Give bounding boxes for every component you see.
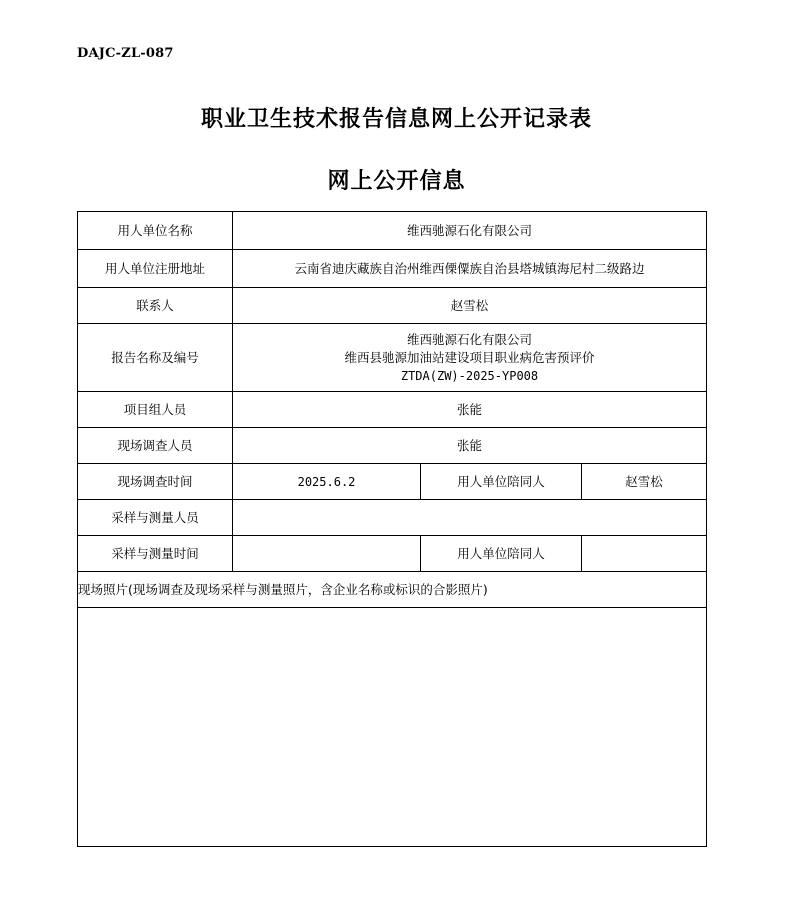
- employer-name-label: 用人单位名称: [78, 212, 233, 250]
- site-accompany-label: 用人单位陪同人: [421, 464, 582, 500]
- row-employer-name: 用人单位名称 维西驰源石化有限公司: [78, 212, 707, 250]
- report-company: 维西驰源石化有限公司: [233, 331, 706, 349]
- photos-label: 现场照片(现场调查及现场采样与测量照片，含企业名称或标识的合影照片): [78, 572, 707, 608]
- contact-value: 赵雪松: [233, 288, 707, 324]
- report-label: 报告名称及编号: [78, 324, 233, 392]
- row-site-investigation-time: 现场调查时间 2025.6.2 用人单位陪同人 赵雪松: [78, 464, 707, 500]
- employer-address-label: 用人单位注册地址: [78, 250, 233, 288]
- report-value: 维西驰源石化有限公司 维西县驰源加油站建设项目职业病危害预评价 ZTDA(ZW)…: [233, 324, 707, 392]
- row-photos-label: 现场照片(现场调查及现场采样与测量照片，含企业名称或标识的合影照片): [78, 572, 707, 608]
- employer-address-value: 云南省迪庆藏族自治州维西傈僳族自治县塔城镇海尼村二级路边: [233, 250, 707, 288]
- sampling-accompany-label: 用人单位陪同人: [421, 536, 582, 572]
- project-team-value: 张能: [233, 392, 707, 428]
- page-subtitle: 网上公开信息: [0, 164, 793, 195]
- row-sampling-time: 采样与测量时间 用人单位陪同人: [78, 536, 707, 572]
- employer-name-value: 维西驰源石化有限公司: [233, 212, 707, 250]
- row-employer-address: 用人单位注册地址 云南省迪庆藏族自治州维西傈僳族自治县塔城镇海尼村二级路边: [78, 250, 707, 288]
- site-accompany-value: 赵雪松: [582, 464, 707, 500]
- row-project-team: 项目组人员 张能: [78, 392, 707, 428]
- sampling-accompany-value: [582, 536, 707, 572]
- page-title: 职业卫生技术报告信息网上公开记录表: [0, 102, 793, 133]
- row-report: 报告名称及编号 维西驰源石化有限公司 维西县驰源加油站建设项目职业病危害预评价 …: [78, 324, 707, 392]
- report-number: ZTDA(ZW)-2025-YP008: [233, 367, 706, 385]
- site-investigation-time-value: 2025.6.2: [233, 464, 421, 500]
- report-title: 维西县驰源加油站建设项目职业病危害预评价: [233, 349, 706, 367]
- site-investigation-time-label: 现场调查时间: [78, 464, 233, 500]
- row-site-investigators: 现场调查人员 张能: [78, 428, 707, 464]
- sampling-personnel-value: [233, 500, 707, 536]
- project-team-label: 项目组人员: [78, 392, 233, 428]
- site-investigators-value: 张能: [233, 428, 707, 464]
- row-sampling-personnel: 采样与测量人员: [78, 500, 707, 536]
- sampling-personnel-label: 采样与测量人员: [78, 500, 233, 536]
- sampling-time-label: 采样与测量时间: [78, 536, 233, 572]
- document-code: DAJC-ZL-087: [77, 46, 174, 61]
- photos-area: [78, 608, 707, 847]
- contact-label: 联系人: [78, 288, 233, 324]
- sampling-time-value: [233, 536, 421, 572]
- row-photos-area: [78, 608, 707, 847]
- disclosure-record-table: 用人单位名称 维西驰源石化有限公司 用人单位注册地址 云南省迪庆藏族自治州维西傈…: [77, 211, 707, 847]
- site-investigators-label: 现场调查人员: [78, 428, 233, 464]
- row-contact: 联系人 赵雪松: [78, 288, 707, 324]
